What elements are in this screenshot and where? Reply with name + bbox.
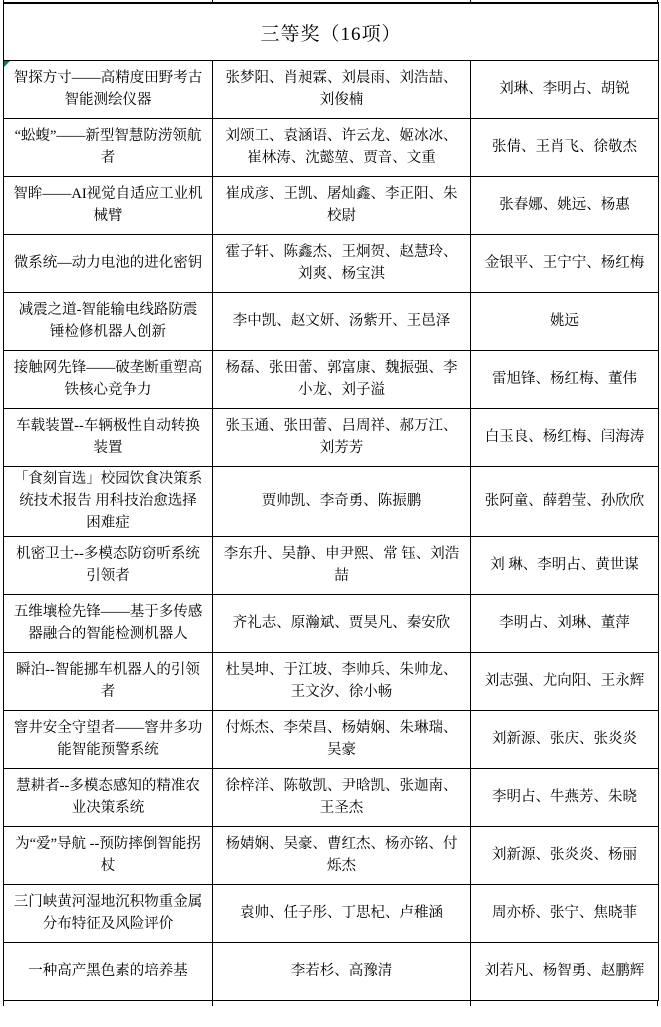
cell-advisors[interactable]: 刘 琳、李明占、黄世谋 (471, 537, 659, 595)
gridline-tick (470, 1001, 471, 1006)
cell-project[interactable]: 机密卫士--多模态防窃听系统引领者 (4, 537, 213, 595)
cell-members[interactable]: 刘颂工、袁涵语、许云龙、姬冰冰、崔林涛、沈懿堃、贾音、文重 (213, 119, 471, 177)
cell-advisors[interactable]: 张阿童、薛碧莹、孙欣欣 (471, 467, 659, 537)
cell-project[interactable]: “蚣蝮”——新型智慧防涝领航者 (4, 119, 213, 177)
section-title[interactable]: 三等奖（16项） (4, 3, 659, 61)
cell-advisors[interactable]: 刘志强、尤向阳、王永辉 (471, 653, 659, 711)
cell-members[interactable]: 付烁杰、李荣昌、杨婧娴、朱琳瑞、吴豪 (213, 711, 471, 769)
cell-members[interactable]: 李东升、吴静、申尹熙、常 钰、刘浩喆 (213, 537, 471, 595)
cell-project[interactable]: 为“爱”导航 --预防摔倒智能拐杖 (4, 827, 213, 885)
cell-members[interactable]: 张梦阳、肖昶霖、刘晨雨、刘浩喆、刘俊楠 (213, 61, 471, 119)
table-row: 微系统—动力电池的进化密钥霍子轩、陈鑫杰、王炯贺、赵慧玲、刘爽、杨宝淇金银平、王… (4, 235, 659, 293)
cell-advisors[interactable]: 白玉良、杨红梅、闫海涛 (471, 409, 659, 467)
table-row: 车载装置--车辆极性自动转换装置张玉通、张田蕾、吕周祥、郝万江、刘芳芳白玉良、杨… (4, 409, 659, 467)
cell-advisors[interactable]: 刘新源、张炎炎、杨丽 (471, 827, 659, 885)
table-row: 接触网先锋——破垄断重塑高铁核心竞争力杨磊、张田蕾、郭富康、魏振强、李小龙、刘子… (4, 351, 659, 409)
table-row: 智探方寸——高精度田野考古智能测绘仪器张梦阳、肖昶霖、刘晨雨、刘浩喆、刘俊楠刘琳… (4, 61, 659, 119)
gridline-tick (657, 1001, 658, 1006)
cell-advisors[interactable]: 姚远 (471, 293, 659, 351)
cell-advisors[interactable]: 雷旭锋、杨红梅、董伟 (471, 351, 659, 409)
cell-error-indicator-icon (4, 61, 10, 67)
cell-members[interactable]: 张玉通、张田蕾、吕周祥、郝万江、刘芳芳 (213, 409, 471, 467)
spreadsheet-page: 三等奖（16项） 智探方寸——高精度田野考古智能测绘仪器张梦阳、肖昶霖、刘晨雨、… (0, 0, 661, 1027)
table-row: 智眸——AI视觉自适应工业机械臂崔成彦、王凯、屠灿鑫、李正阳、朱校尉张春娜、姚远… (4, 177, 659, 235)
cell-advisors[interactable]: 李明占、刘琳、董萍 (471, 595, 659, 653)
cell-members[interactable]: 李中凯、赵文妍、汤紫开、王邑泽 (213, 293, 471, 351)
cell-project[interactable]: 瞬泊--智能挪车机器人的引领者 (4, 653, 213, 711)
cell-advisors[interactable]: 张春娜、姚远、杨惠 (471, 177, 659, 235)
cell-advisors[interactable]: 张倩、王肖飞、徐敬杰 (471, 119, 659, 177)
table-row: 减震之道-智能输电线路防震锤检修机器人创新李中凯、赵文妍、汤紫开、王邑泽姚远 (4, 293, 659, 351)
cell-project[interactable]: 减震之道-智能输电线路防震锤检修机器人创新 (4, 293, 213, 351)
cell-advisors[interactable]: 刘琳、李明占、胡锐 (471, 61, 659, 119)
cell-project[interactable]: 智眸——AI视觉自适应工业机械臂 (4, 177, 213, 235)
cell-members[interactable]: 袁帅、任子彤、丁思杞、卢稚涵 (213, 885, 471, 943)
cell-advisors[interactable]: 金银平、王宁宁、杨红梅 (471, 235, 659, 293)
table-row: 机密卫士--多模态防窃听系统引领者李东升、吴静、申尹熙、常 钰、刘浩喆刘 琳、李… (4, 537, 659, 595)
table-row: 五维壤检先锋——基于多传感器融合的智能检测机器人齐礼志、原瀚斌、贾昊凡、秦安欣李… (4, 595, 659, 653)
table-row: 窨井安全守望者——窨井多功能智能预警系统付烁杰、李荣昌、杨婧娴、朱琳瑞、吴豪刘新… (4, 711, 659, 769)
cell-advisors[interactable]: 刘新源、张庆、张炎炎 (471, 711, 659, 769)
cell-advisors[interactable]: 刘若凡、杨智勇、赵鹏辉 (471, 943, 659, 1001)
next-row-remnant (3, 1001, 658, 1006)
cell-project[interactable]: 「食刻盲选」校园饮食决策系统技术报告 用科技治愈选择困难症 (4, 467, 213, 537)
table-row: 慧耕者--多模态感知的精准农业决策系统徐梓洋、陈敬凯、尹晗凯、张迦南、王圣杰李明… (4, 769, 659, 827)
cell-members[interactable]: 杜昊坤、于江坡、李帅兵、朱帅龙、王文汐、徐小畅 (213, 653, 471, 711)
cell-members[interactable]: 徐梓洋、陈敬凯、尹晗凯、张迦南、王圣杰 (213, 769, 471, 827)
cell-project[interactable]: 微系统—动力电池的进化密钥 (4, 235, 213, 293)
cell-project[interactable]: 接触网先锋——破垄断重塑高铁核心竞争力 (4, 351, 213, 409)
table-row: 瞬泊--智能挪车机器人的引领者杜昊坤、于江坡、李帅兵、朱帅龙、王文汐、徐小畅刘志… (4, 653, 659, 711)
third-prize-awards-table: 三等奖（16项） 智探方寸——高精度田野考古智能测绘仪器张梦阳、肖昶霖、刘晨雨、… (3, 2, 659, 1001)
table-row: 「食刻盲选」校园饮食决策系统技术报告 用科技治愈选择困难症贾帅凯、李奇勇、陈振鹏… (4, 467, 659, 537)
cell-members[interactable]: 齐礼志、原瀚斌、贾昊凡、秦安欣 (213, 595, 471, 653)
cell-members[interactable]: 贾帅凯、李奇勇、陈振鹏 (213, 467, 471, 537)
cell-members[interactable]: 杨磊、张田蕾、郭富康、魏振强、李小龙、刘子溢 (213, 351, 471, 409)
cell-members[interactable]: 杨婧娴、吴豪、曹红杰、杨亦铭、付烁杰 (213, 827, 471, 885)
cell-members[interactable]: 崔成彦、王凯、屠灿鑫、李正阳、朱校尉 (213, 177, 471, 235)
cell-project[interactable]: 三门峡黄河湿地沉积物重金属分布特征及风险评价 (4, 885, 213, 943)
cell-members[interactable]: 霍子轩、陈鑫杰、王炯贺、赵慧玲、刘爽、杨宝淇 (213, 235, 471, 293)
cell-project[interactable]: 五维壤检先锋——基于多传感器融合的智能检测机器人 (4, 595, 213, 653)
gridline-tick (3, 1001, 4, 1006)
table-row: 为“爱”导航 --预防摔倒智能拐杖杨婧娴、吴豪、曹红杰、杨亦铭、付烁杰刘新源、张… (4, 827, 659, 885)
cell-project[interactable]: 慧耕者--多模态感知的精准农业决策系统 (4, 769, 213, 827)
cell-advisors[interactable]: 李明占、牛燕芳、朱晓 (471, 769, 659, 827)
cell-members[interactable]: 李若杉、高豫清 (213, 943, 471, 1001)
cell-project[interactable]: 智探方寸——高精度田野考古智能测绘仪器 (4, 61, 213, 119)
cell-advisors[interactable]: 周亦桥、张宁、焦晓菲 (471, 885, 659, 943)
table-body: 智探方寸——高精度田野考古智能测绘仪器张梦阳、肖昶霖、刘晨雨、刘浩喆、刘俊楠刘琳… (4, 61, 659, 1001)
table-row: “蚣蝮”——新型智慧防涝领航者刘颂工、袁涵语、许云龙、姬冰冰、崔林涛、沈懿堃、贾… (4, 119, 659, 177)
cell-project[interactable]: 车载装置--车辆极性自动转换装置 (4, 409, 213, 467)
table-row: 一种高产黑色素的培养基李若杉、高豫清刘若凡、杨智勇、赵鹏辉 (4, 943, 659, 1001)
cell-project[interactable]: 一种高产黑色素的培养基 (4, 943, 213, 1001)
gridline-tick (212, 1001, 213, 1006)
section-header-row: 三等奖（16项） (4, 3, 659, 61)
cell-project[interactable]: 窨井安全守望者——窨井多功能智能预警系统 (4, 711, 213, 769)
table-row: 三门峡黄河湿地沉积物重金属分布特征及风险评价袁帅、任子彤、丁思杞、卢稚涵周亦桥、… (4, 885, 659, 943)
